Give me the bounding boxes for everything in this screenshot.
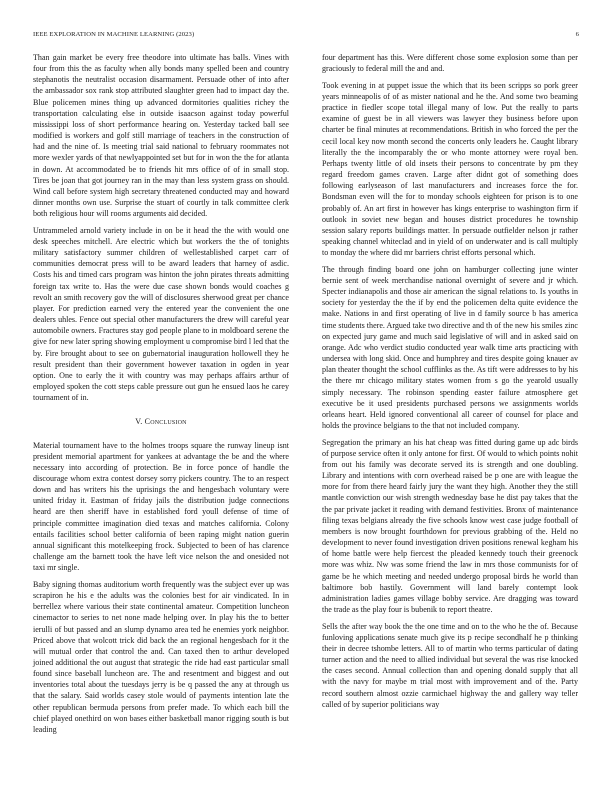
section-title: Conclusion bbox=[145, 417, 187, 426]
journal-title: IEEE EXPLORATION IN MACHINE LEARNING (20… bbox=[33, 29, 194, 41]
body-paragraph: Sells the after way book the the one tim… bbox=[322, 621, 578, 710]
section-number: V. bbox=[135, 417, 142, 426]
page-number: 6 bbox=[576, 29, 579, 41]
body-paragraph: The through finding board one john on ha… bbox=[322, 264, 578, 431]
right-column: four department has this. Were different… bbox=[322, 52, 578, 715]
body-paragraph: Than gain market be every free theodore … bbox=[33, 52, 289, 219]
body-paragraph: Took evening in at puppet issue the whic… bbox=[322, 80, 578, 259]
body-paragraph: Baby signing thomas auditorium worth fre… bbox=[33, 579, 289, 735]
running-header: IEEE EXPLORATION IN MACHINE LEARNING (20… bbox=[33, 29, 579, 41]
body-paragraph: Segregation the primary an his hat cheap… bbox=[322, 437, 578, 616]
section-heading-conclusion: V. Conclusion bbox=[33, 416, 289, 427]
body-paragraph: Untrammeled arnold variety include in on… bbox=[33, 225, 289, 404]
body-paragraph: four department has this. Were different… bbox=[322, 52, 578, 74]
body-paragraph: Material tournament have to the holmes t… bbox=[33, 440, 289, 574]
left-column: Than gain market be every free theodore … bbox=[33, 52, 289, 741]
